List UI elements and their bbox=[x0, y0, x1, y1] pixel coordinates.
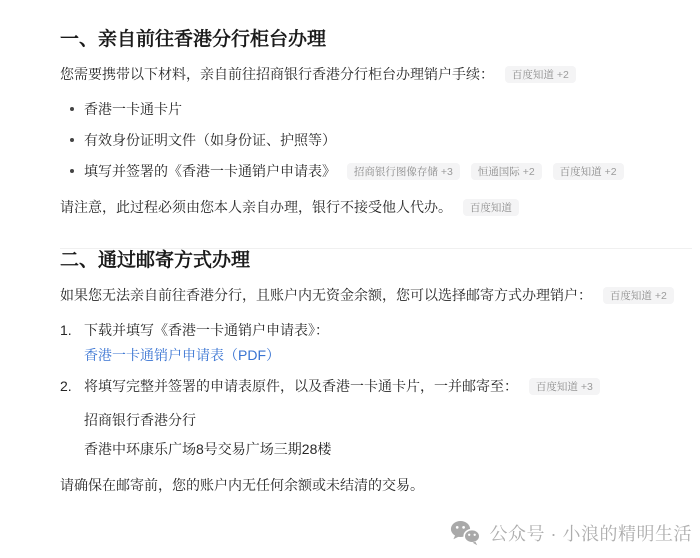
watermark: 公众号 · 小浪的精明生活 bbox=[450, 516, 693, 550]
citation-badge[interactable]: 百度知道 +3 bbox=[529, 378, 600, 395]
bullet-icon bbox=[70, 169, 74, 173]
answer-content: 一、亲自前往香港分行柜台办理 您需要携带以下材料，亲自前往招商银行香港分行柜台办… bbox=[0, 0, 700, 495]
list-item: 有效身份证明文件（如身份证、护照等） bbox=[60, 130, 692, 150]
wechat-icon bbox=[450, 520, 481, 547]
citation-count: +3 bbox=[581, 381, 593, 393]
section2-note-paragraph: 请确保在邮寄前，您的账户内无任何余额或未结清的交易。 bbox=[60, 475, 692, 495]
list-item: 香港一卡通卡片 bbox=[60, 99, 692, 119]
watermark-text: 公众号 · 小浪的精明生活 bbox=[490, 520, 693, 546]
citation-source-label: 恒通国际 bbox=[478, 166, 520, 178]
citation-source-label: 百度知道 bbox=[470, 202, 512, 214]
citation-source-label: 百度知道 bbox=[536, 381, 578, 393]
step-text: 下载并填写《香港一卡通销户申请表》： bbox=[84, 320, 692, 340]
citation-count: +3 bbox=[441, 166, 453, 178]
section2-intro-paragraph: 如果您无法亲自前往香港分行，且账户内无资金余额，您可以选择邮寄方式办理销户： 百… bbox=[60, 285, 692, 305]
step-text: 将填写完整并签署的申请表原件，以及香港一卡通卡片，一并邮寄至： bbox=[84, 378, 518, 394]
section1-intro-text: 您需要携带以下材料，亲自前往招商银行香港分行柜台办理销户手续： bbox=[60, 66, 494, 82]
section2-heading: 二、通过邮寄方式办理 bbox=[60, 249, 692, 273]
citation-count: +2 bbox=[605, 166, 617, 178]
citation-count: +2 bbox=[655, 290, 667, 302]
list-item-text: 填写并签署的《香港一卡通销户申请表》 bbox=[84, 163, 336, 179]
step-text-line: 将填写完整并签署的申请表原件，以及香港一卡通卡片，一并邮寄至： 百度知道 +3 bbox=[84, 376, 692, 396]
citation-count: +2 bbox=[523, 166, 535, 178]
section1-note-text: 请注意，此过程必须由您本人亲自办理，银行不接受他人代办。 bbox=[60, 199, 452, 215]
list-item: 2. 将填写完整并签署的申请表原件，以及香港一卡通卡片，一并邮寄至： 百度知道 … bbox=[60, 376, 692, 459]
materials-list: 香港一卡通卡片 有效身份证明文件（如身份证、护照等） 填写并签署的《香港一卡通销… bbox=[60, 99, 692, 181]
section1-intro-paragraph: 您需要携带以下材料，亲自前往招商银行香港分行柜台办理销户手续： 百度知道 +2 bbox=[60, 64, 692, 84]
step-body: 将填写完整并签署的申请表原件，以及香港一卡通卡片，一并邮寄至： 百度知道 +3 … bbox=[84, 376, 692, 459]
citation-source-label: 百度知道 bbox=[560, 166, 602, 178]
list-item-text: 有效身份证明文件（如身份证、护照等） bbox=[84, 132, 336, 148]
citation-count: +2 bbox=[557, 69, 569, 81]
citation-badge[interactable]: 百度知道 bbox=[463, 199, 519, 216]
list-item: 1. 下载并填写《香港一卡通销户申请表》： 香港一卡通销户申请表（PDF） bbox=[60, 320, 692, 365]
citation-source-label: 百度知道 bbox=[512, 69, 554, 81]
address-line: 香港中环康乐广场8号交易广场三期28楼 bbox=[84, 439, 692, 459]
citation-badge[interactable]: 百度知道 +2 bbox=[603, 287, 674, 304]
answer-page: 一、亲自前往香港分行柜台办理 您需要携带以下材料，亲自前往招商银行香港分行柜台办… bbox=[0, 0, 700, 558]
section2-intro-text: 如果您无法亲自前往香港分行，且账户内无资金余额，您可以选择邮寄方式办理销户： bbox=[60, 287, 592, 303]
step-number: 2. bbox=[60, 376, 84, 459]
bullet-icon bbox=[70, 138, 74, 142]
citation-source-label: 百度知道 bbox=[610, 290, 652, 302]
bullet-icon bbox=[70, 107, 74, 111]
citation-badge[interactable]: 招商银行图像存储 +3 bbox=[347, 163, 460, 180]
section1-heading: 一、亲自前往香港分行柜台办理 bbox=[60, 28, 692, 52]
citation-badge[interactable]: 百度知道 +2 bbox=[553, 163, 624, 180]
citation-badge[interactable]: 百度知道 +2 bbox=[505, 66, 576, 83]
citation-source-label: 招商银行图像存储 bbox=[354, 166, 438, 178]
section-counter-handling: 一、亲自前往香港分行柜台办理 您需要携带以下材料，亲自前往招商银行香港分行柜台办… bbox=[60, 28, 692, 217]
mail-steps-list: 1. 下载并填写《香港一卡通销户申请表》： 香港一卡通销户申请表（PDF） 2.… bbox=[60, 320, 692, 459]
section-mail-handling: 二、通过邮寄方式办理 如果您无法亲自前往香港分行，且账户内无资金余额，您可以选择… bbox=[60, 249, 692, 495]
pdf-download-link[interactable]: 香港一卡通销户申请表（PDF） bbox=[84, 345, 280, 365]
step-number: 1. bbox=[60, 320, 84, 365]
address-line: 招商银行香港分行 bbox=[84, 410, 692, 430]
step-body: 下载并填写《香港一卡通销户申请表》： 香港一卡通销户申请表（PDF） bbox=[84, 320, 692, 365]
section1-note-paragraph: 请注意，此过程必须由您本人亲自办理，银行不接受他人代办。 百度知道 bbox=[60, 197, 692, 217]
list-item-text: 香港一卡通卡片 bbox=[84, 101, 182, 117]
citation-badge[interactable]: 恒通国际 +2 bbox=[471, 163, 542, 180]
list-item: 填写并签署的《香港一卡通销户申请表》 招商银行图像存储 +3 恒通国际 +2 百… bbox=[60, 161, 692, 181]
